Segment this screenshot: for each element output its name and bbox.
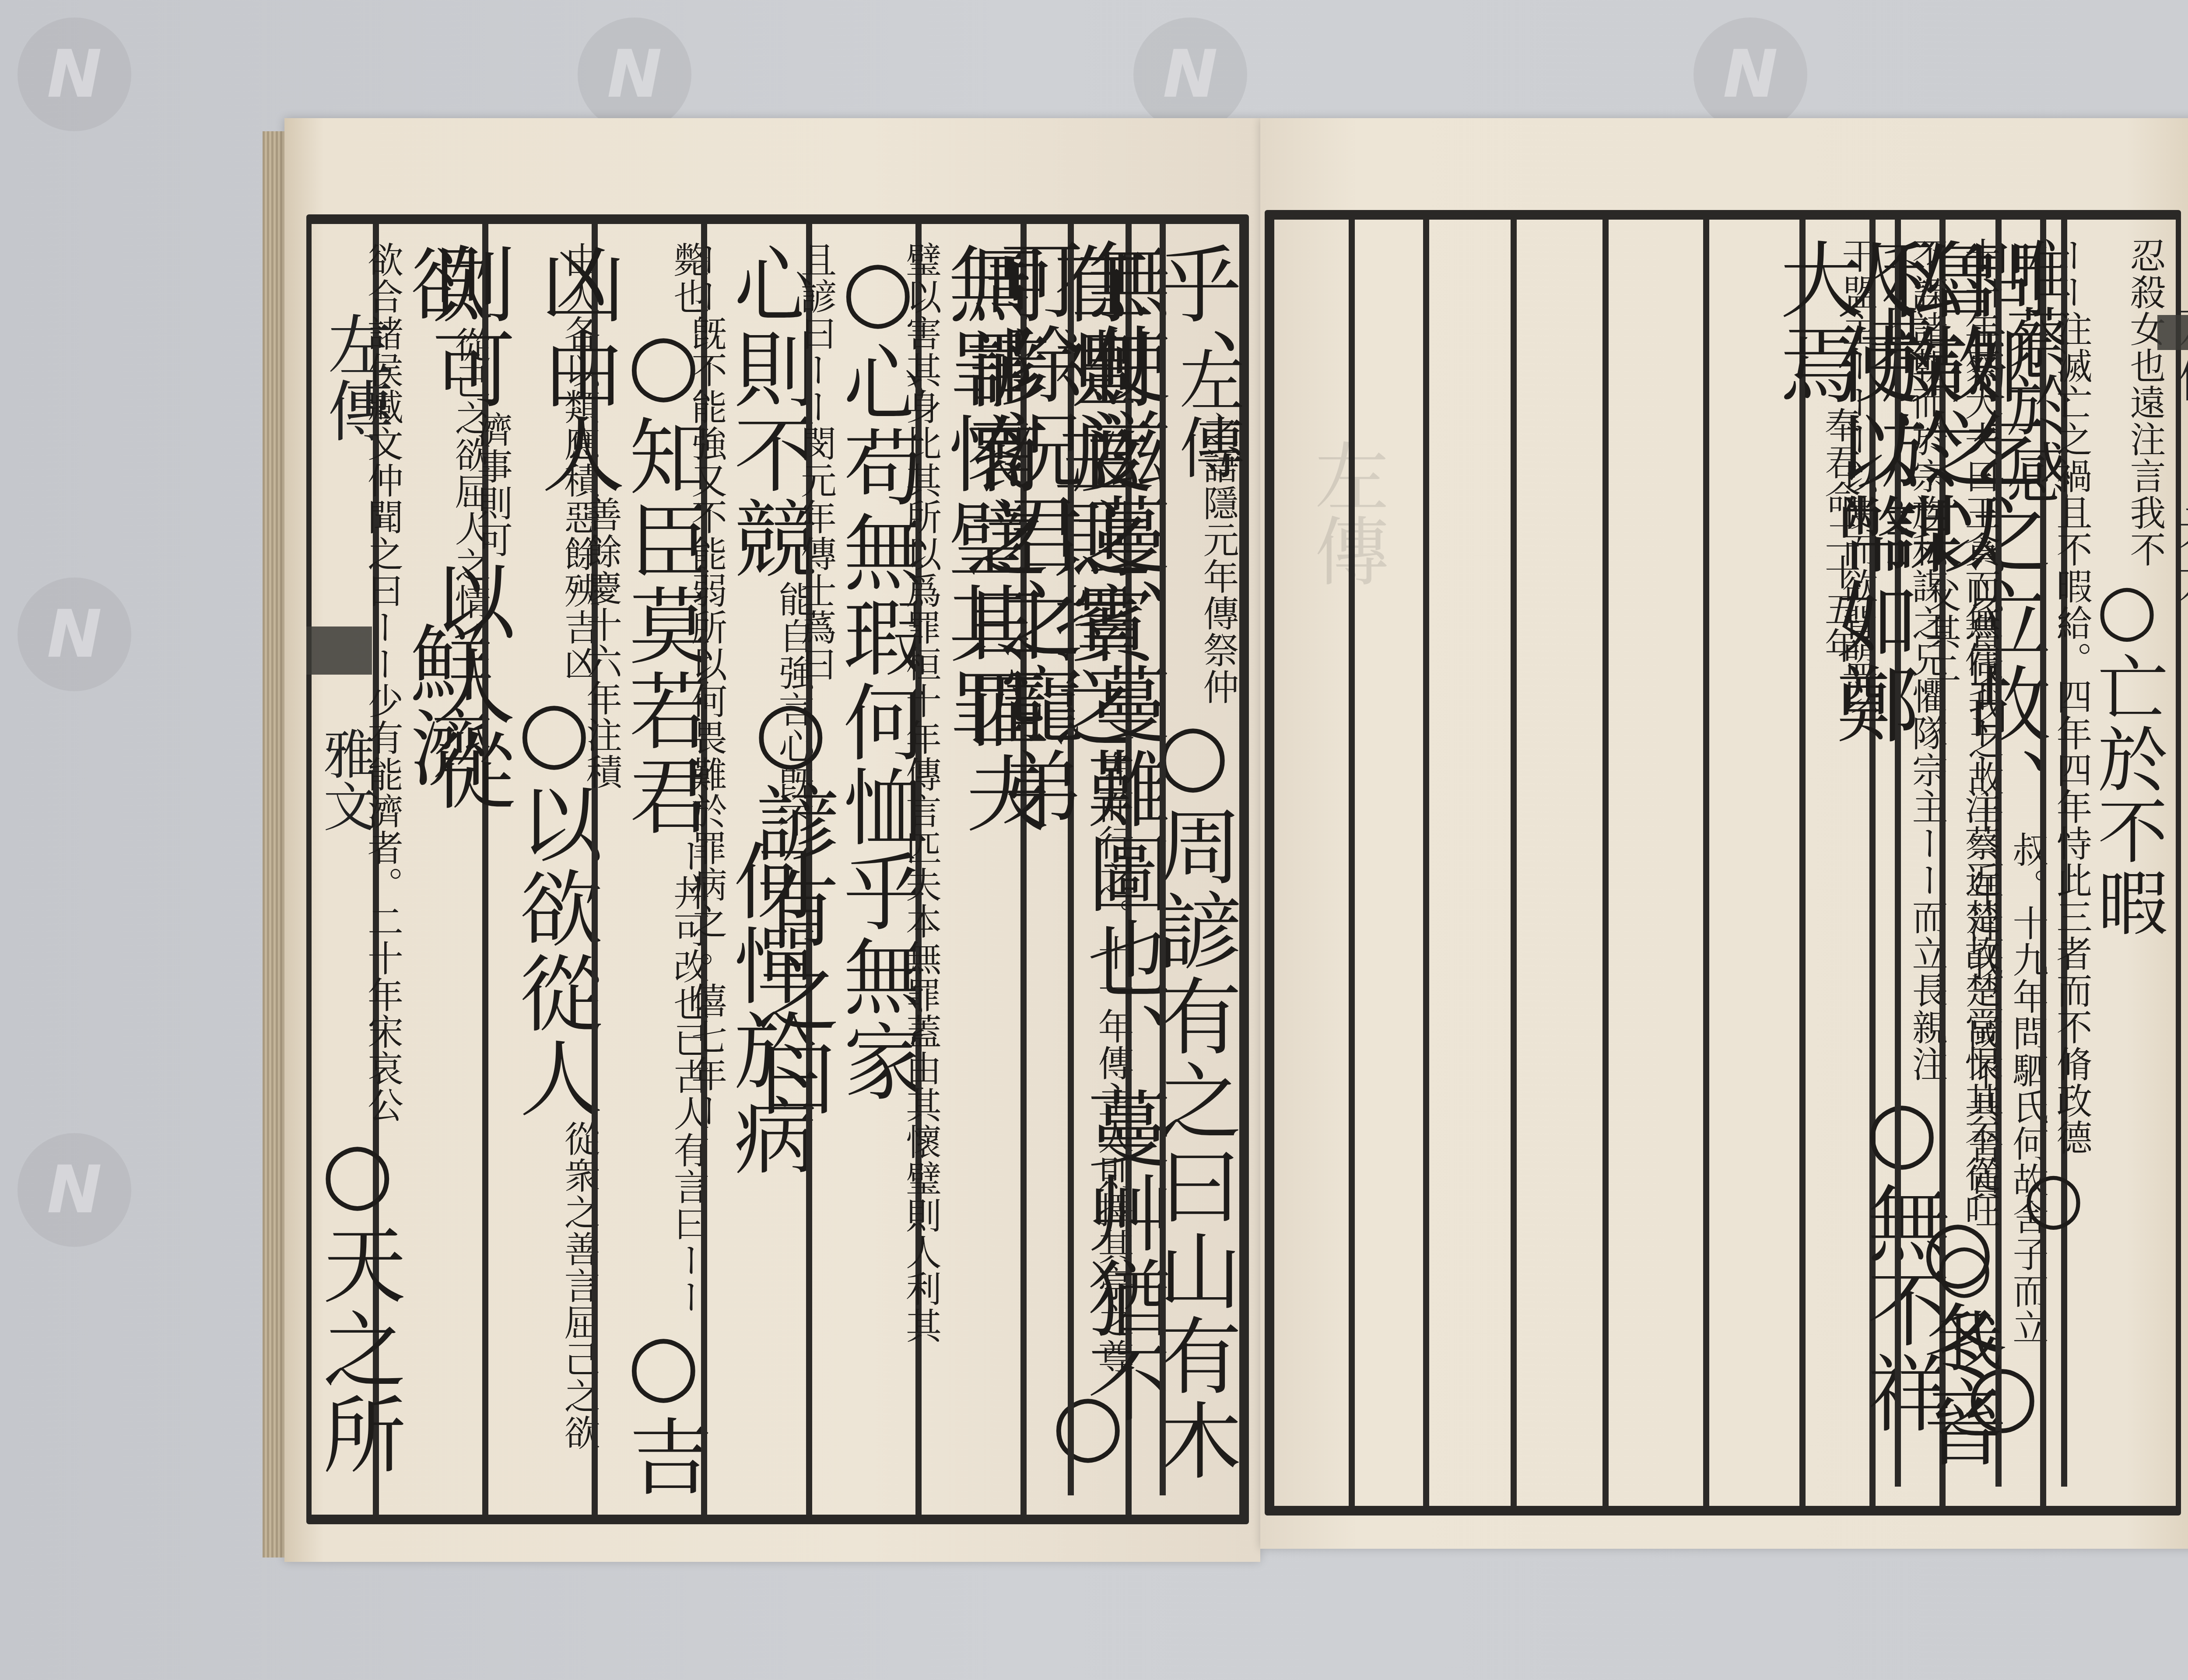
right-fold-margin-subtitle: 矛木: [2162, 503, 2188, 608]
right-fold-margin-title: 左傳: [2162, 297, 2188, 402]
watermark-logo-icon: N: [1133, 17, 1247, 131]
main-text: 則可: [419, 241, 515, 411]
interlinear-note: 何畏難於罪病之◦僖七年ーーー旣不能強又不能弱所以: [687, 241, 725, 1129]
main-text: ○天之所: [309, 1123, 406, 1477]
interlinear-note: 四年恃此三者而不脩政德ーー注滅亡之禍且不暇給。四年: [2052, 237, 2090, 1156]
main-text: ○亡於不暇: [2086, 568, 2168, 938]
blank-column: [1423, 220, 1517, 1506]
bleed-through-text: 左傳: [1292, 438, 1399, 587]
interlinear-note: 言匹夫本無罪蓋由其懷璧則人利其璧以害其身比其所以爲罪桓十年傳: [901, 241, 939, 1344]
interlinear-note: 遠注言我不忍殺女也: [2126, 237, 2163, 568]
interlinear-note: 十六年注積善餘慶: [582, 496, 620, 790]
watermark-n-glyph: N: [47, 36, 102, 112]
blank-column: [1602, 220, 1709, 1506]
fishtail-ornament: [2157, 315, 2188, 350]
watermark-logo-icon: N: [578, 17, 691, 131]
watermark-logo-icon: N: [18, 17, 131, 131]
blank-column: [1349, 220, 1429, 1506]
left-heading-column: 左傳: [1160, 224, 1240, 1495]
main-text: 以人從: [419, 558, 515, 813]
section-heading: 左傳: [1168, 346, 1244, 481]
interlinear-note: 少有能濟者。二十年宋哀公欲合諸侯臧文仲聞之曰ーー: [363, 241, 401, 1123]
main-text: ○諺有之曰: [743, 682, 839, 1120]
left-text-column-1: 無使滋蔓、蔓難圖也、蔓艸猶不可除況君之寵弟: [1068, 224, 1166, 1495]
interlinear-note: 注蔡近楚故楚常恨其不從㕵十一年蔡大夫曰王貪而無信ーーー: [1960, 237, 1998, 1229]
blank-column: [1511, 220, 1609, 1506]
interlinear-note: 閔元年傳士蔿曰且諺曰ーー: [796, 241, 834, 682]
watermark-logo-icon: N: [18, 1133, 131, 1247]
watermark-logo-icon: N: [1694, 17, 1807, 131]
right-text-column-1: 遠注言我不忍殺女也○亡於不暇四年恃此三者而不脩政德ーー注滅亡之禍且不暇給。四年○: [2061, 220, 2163, 1487]
watermark-logo-icon: N: [18, 577, 131, 691]
interlinear-note: 則可濟事: [473, 411, 510, 558]
main-text: ○: [2013, 1156, 2094, 1239]
